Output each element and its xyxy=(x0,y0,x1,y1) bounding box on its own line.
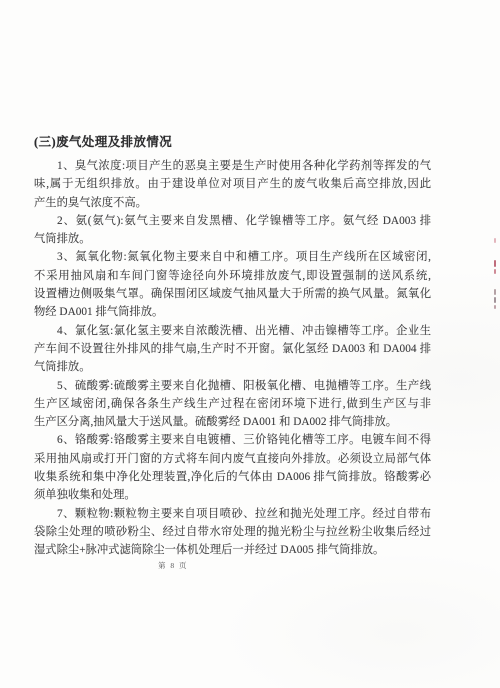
text-line: 7、颗粒物:颗粒物主要来自项目喷砂、拉丝和抛光处理工序。经过自带布 xyxy=(34,505,431,523)
red-edge-mark xyxy=(494,297,497,303)
paragraph-hcl: 4、氯化氢:氯化氢主要来自浓酸洗槽、出光槽、冲击镍槽等工序。企业生 产车间不设置… xyxy=(34,322,431,377)
page-number: 第 8 页 xyxy=(142,560,204,571)
section-heading: (三)废气处理及排放情况 xyxy=(34,133,431,151)
text-line: 4、氯化氢:氯化氢主要来自浓酸洗槽、出光槽、冲击镍槽等工序。企业生 xyxy=(34,322,431,340)
text-line: 采用抽风扇或打开门窗的方式将车间内废气直接向外排放。必须设立局部气体 xyxy=(34,450,431,468)
text-line: 5、硫酸雾:硫酸雾主要来自化抛槽、阳极氧化槽、电抛槽等工序。生产线 xyxy=(34,377,431,395)
text-line: 物经 DA001 排气筒排放。 xyxy=(34,303,431,321)
text-line: 气筒排放。 xyxy=(34,358,431,376)
text-line: 湿式除尘+脉冲式滤筒除尘一体机处理后一并经过 DA005 排气筒排放。 xyxy=(34,541,431,559)
text-line: 3、氮氧化物:氮氧化物主要来自中和槽工序。项目生产线所在区域密闭, xyxy=(34,248,431,266)
text-line: 生产区域密闭,确保各条生产线生产过程在密闭环境下进行,做到生产区与非 xyxy=(34,395,431,413)
red-edge-mark xyxy=(494,289,497,295)
paragraph-ammonia: 2、氨(氨气):氨气主要来自发黑槽、化学镍槽等工序。氨气经 DA003 排 气筒… xyxy=(34,212,431,249)
text-line: 气筒排放。 xyxy=(34,230,431,248)
text-line: 1、臭气浓度:项目产生的恶臭主要是生产时使用各种化学药剂等挥发的气 xyxy=(34,157,431,175)
text-line: 袋除尘处理的喷砂粉尘、经过自带水帘处理的抛光粉尘与拉丝粉尘收集后经过 xyxy=(34,523,431,541)
text-line: 须单独收集和处理。 xyxy=(34,486,431,504)
paragraph-chromic-mist: 6、铬酸雾:铬酸雾主要来自电镀槽、三价铬钝化槽等工序。电镀车间不得 采用抽风扇或… xyxy=(34,431,431,504)
text-line: 不采用抽风扇和车间门窗等途径向外环境排放废气,即设置强制的送风系统, xyxy=(34,267,431,285)
red-edge-mark xyxy=(494,269,497,274)
red-edge-mark xyxy=(494,260,497,267)
text-line: 味,属于无组织排放。由于建设单位对项目产生的废气收集后高空排放,因此 xyxy=(34,175,431,193)
paragraph-nox: 3、氮氧化物:氮氧化物主要来自中和槽工序。项目生产线所在区域密闭, 不采用抽风扇… xyxy=(34,248,431,321)
paragraph-sulfuric-mist: 5、硫酸雾:硫酸雾主要来自化抛槽、阳极氧化槽、电抛槽等工序。生产线 生产区域密闭… xyxy=(34,377,431,432)
paragraph-odor: 1、臭气浓度:项目产生的恶臭主要是生产时使用各种化学药剂等挥发的气 味,属于无组… xyxy=(34,157,431,212)
edge-marks xyxy=(490,0,500,688)
text-line: 收集系统和集中净化处理装置,净化后的气体由 DA006 排气筒排放。铬酸雾必 xyxy=(34,468,431,486)
text-line: 产生的臭气浓度不高。 xyxy=(34,194,431,212)
red-edge-mark xyxy=(494,238,497,243)
text-line: 产车间不设置往外排风的排气扇,生产时不开窗。氯化氢经 DA003 和 DA004… xyxy=(34,340,431,358)
red-edge-mark xyxy=(494,305,497,309)
text-line: 2、氨(氨气):氨气主要来自发黑槽、化学镍槽等工序。氨气经 DA003 排 xyxy=(34,212,431,230)
scanned-page: (三)废气处理及排放情况 1、臭气浓度:项目产生的恶臭主要是生产时使用各种化学药… xyxy=(0,0,500,688)
document-body: (三)废气处理及排放情况 1、臭气浓度:项目产生的恶臭主要是生产时使用各种化学药… xyxy=(34,133,431,560)
text-line: 生产区分离,抽风量大于送风量。硫酸雾经 DA001 和 DA002 排气筒排放。 xyxy=(34,413,431,431)
paragraph-particulates: 7、颗粒物:颗粒物主要来自项目喷砂、拉丝和抛光处理工序。经过自带布 袋除尘处理的… xyxy=(34,505,431,560)
text-line: 设置槽边侧吸集气罩。确保围闭区域废气抽风量大于所需的换气风量。氮氧化 xyxy=(34,285,431,303)
text-line: 6、铬酸雾:铬酸雾主要来自电镀槽、三价铬钝化槽等工序。电镀车间不得 xyxy=(34,431,431,449)
